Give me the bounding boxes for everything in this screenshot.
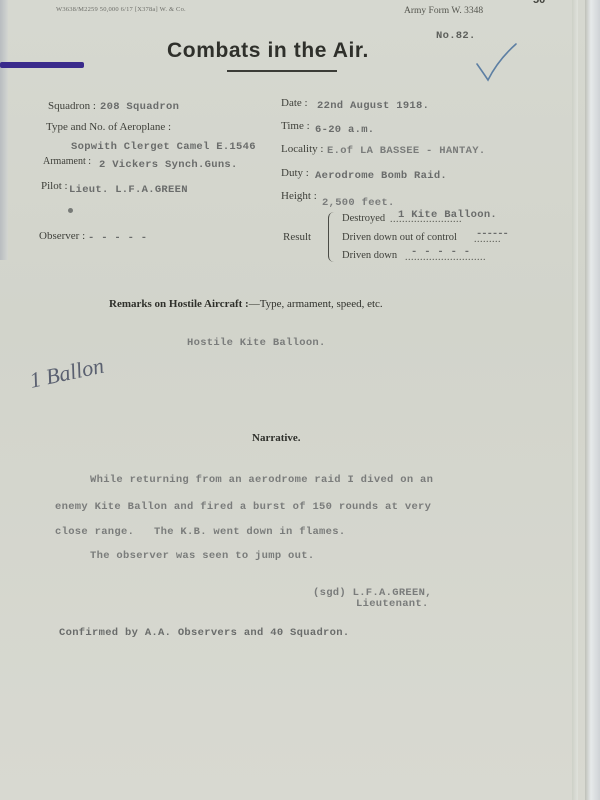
ink-dot <box>68 208 73 213</box>
remarks-heading-rest: —Type, armament, speed, etc. <box>249 298 383 310</box>
height-value: 2,500 feet. <box>322 197 395 209</box>
printer-line: W3638/M2259 50,000 6/17 [X378a] W. & Co. <box>56 6 186 13</box>
driven-down-value: - - - - - <box>411 246 470 258</box>
form-number: Army Form W. 3348 <box>404 6 483 16</box>
narrative-line-1: While returning from an aerodrome raid I… <box>90 474 433 486</box>
confirmation-line: Confirmed by A.A. Observers and 40 Squad… <box>59 627 349 639</box>
locality-label: Locality : <box>281 143 323 155</box>
destroyed-value: 1 Kite Balloon. <box>398 209 497 221</box>
remarks-heading-bold: Remarks on Hostile Aircraft : <box>109 298 249 310</box>
narrative-line-4: The observer was seen to jump out. <box>90 550 314 562</box>
observer-value: - - - - - <box>88 232 147 244</box>
duty-label: Duty : <box>281 167 309 179</box>
binding-string <box>0 62 84 68</box>
result-label: Result <box>283 231 311 243</box>
armament-label: Armament : <box>43 156 91 167</box>
time-value: 6-20 a.m. <box>315 124 374 136</box>
binding-edge <box>0 0 8 260</box>
page-edge <box>572 0 578 800</box>
pilot-label: Pilot : <box>41 180 68 192</box>
corner-number: 50 <box>533 0 545 6</box>
stacked-pages-edge <box>585 0 600 800</box>
locality-value: E.of LA BASSEE - HANTAY. <box>327 145 485 157</box>
driven-down-ooc-label: Driven down out of control <box>342 232 457 243</box>
height-label: Height : <box>281 190 317 202</box>
armament-value: 2 Vickers Synch.Guns. <box>99 159 238 171</box>
squadron-value: 208 Squadron <box>100 101 179 113</box>
page-title: Combats in the Air. <box>167 39 369 63</box>
narrative-line-2: enemy Kite Ballon and fired a burst of 1… <box>55 501 431 513</box>
signature-rank: Lieutenant. <box>356 598 429 610</box>
aeroplane-value: Sopwith Clerget Camel E.1546 <box>71 141 256 153</box>
pencil-check-icon <box>474 40 520 86</box>
time-label: Time : <box>281 120 310 132</box>
date-label: Date : <box>281 97 308 109</box>
pilot-value: Lieut. L.F.A.GREEN <box>69 184 188 196</box>
narrative-heading: Narrative. <box>252 432 301 444</box>
remarks-value: Hostile Kite Balloon. <box>187 337 326 349</box>
narrative-line-3: close range. The K.B. went down in flame… <box>55 526 345 538</box>
destroyed-label: Destroyed <box>342 213 385 224</box>
aeroplane-label: Type and No. of Aeroplane : <box>46 121 171 133</box>
date-value: 22nd August 1918. <box>317 100 429 112</box>
result-brace <box>328 212 337 262</box>
squadron-label: Squadron : <box>48 100 96 112</box>
driven-down-ooc-value: ------ <box>476 228 508 240</box>
duty-value: Aerodrome Bomb Raid. <box>315 170 447 182</box>
observer-label: Observer : <box>39 230 85 242</box>
title-underline <box>227 70 337 72</box>
report-number: No.82. <box>436 30 476 42</box>
remarks-heading: Remarks on Hostile Aircraft :—Type, arma… <box>109 298 383 310</box>
driven-down-label: Driven down <box>342 250 397 261</box>
